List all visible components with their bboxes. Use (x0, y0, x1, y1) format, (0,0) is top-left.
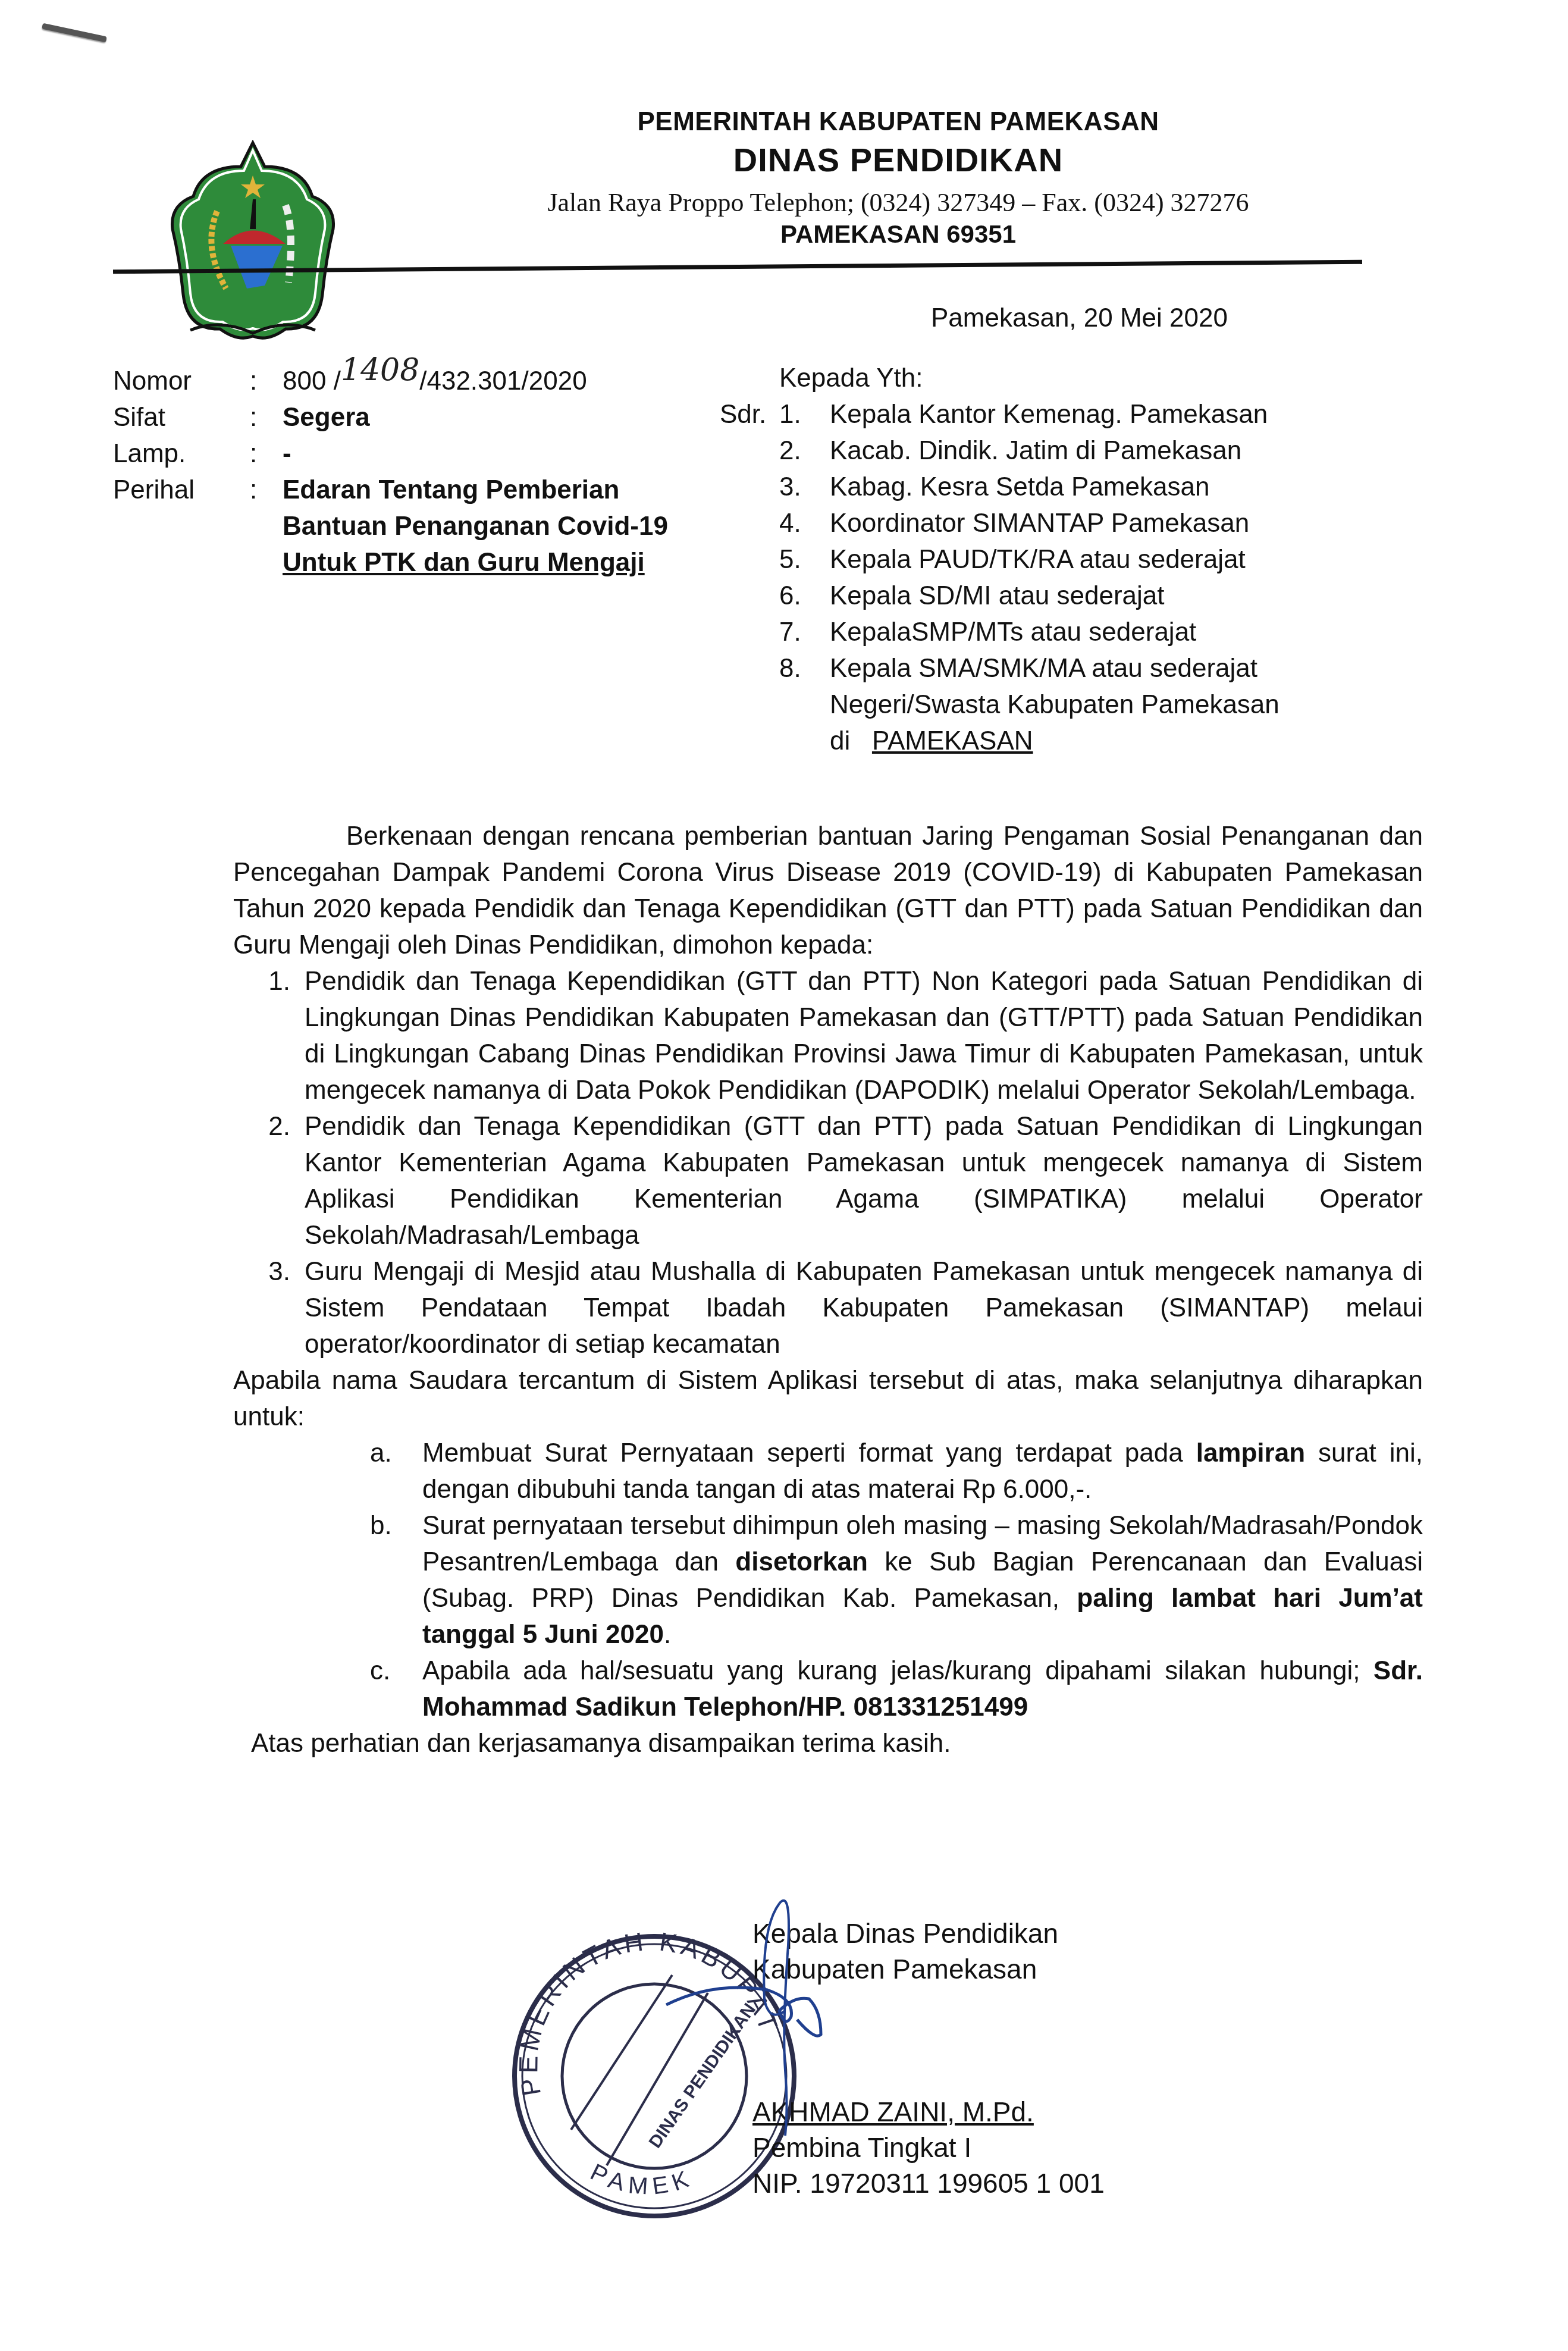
intro-paragraph: Berkenaan dengan rencana pemberian bantu… (233, 818, 1423, 963)
meta-label: Lamp. (113, 435, 250, 472)
step-letter: a. (370, 1435, 422, 1507)
nomor-handwritten: 1408 (341, 352, 419, 388)
recipient-num: 7. (779, 614, 830, 650)
nomor-prefix: 800 / (283, 363, 341, 399)
recipients: Kepada Yth: Sdr. 1. Kepala Kantor Kemena… (720, 360, 1280, 759)
recipient-item: 4.Koordinator SIMANTAP Pamekasan (720, 505, 1280, 541)
location-prefix: di (830, 726, 850, 756)
recipient-text: Kepala PAUD/TK/RA atau sederajat (830, 541, 1246, 578)
recipient-item: 7.KepalaSMP/MTs atau sederajat (720, 614, 1280, 650)
meta-lamp: Lamp. : - (113, 435, 668, 472)
pamekasan-regency-emblem-icon (167, 140, 339, 345)
meta-nomor: Nomor : 800 / 1408 /432.301/2020 (113, 363, 668, 399)
perihal-value: Edaran Tentang Pemberian Bantuan Penanga… (283, 472, 668, 581)
step-letter: b. (370, 1507, 422, 1653)
sifat-value: Segera (283, 399, 370, 435)
meta-label: Nomor (113, 363, 250, 399)
step-item: c. Apabila ada hal/sesuatu yang kurang j… (370, 1653, 1423, 1725)
letterhead: PEMERINTAH KABUPATEN PAMEKASAN DINAS PEN… (452, 107, 1344, 249)
request-item: 1.Pendidik dan Tenaga Kependidikan (GTT … (233, 963, 1423, 1108)
recipient-text: Kepala SD/MI atau sederajat (830, 578, 1165, 614)
meta-colon: : (250, 399, 283, 435)
recipient-item: 6.Kepala SD/MI atau sederajat (720, 578, 1280, 614)
step-text: Apabila ada hal/sesuatu yang kurang jela… (422, 1653, 1423, 1725)
recipient-num: 2. (779, 432, 830, 469)
nomor-suffix: /432.301/2020 (419, 363, 587, 399)
recipient-prefix: Sdr. (720, 396, 779, 432)
meta-label: Perihal (113, 472, 250, 581)
item-text: Pendidik dan Tenaga Kependidikan (GTT da… (305, 963, 1423, 1108)
step-text: Membuat Surat Pernyataan seperti format … (422, 1435, 1423, 1507)
request-item: 2.Pendidik dan Tenaga Kependidikan (GTT … (233, 1108, 1423, 1253)
recipient-item: 2.Kacab. Dindik. Jatim di Pamekasan (720, 432, 1280, 469)
item-num: 3. (233, 1253, 305, 1362)
step-item: b. Surat pernyataan tersebut dihimpun ol… (370, 1507, 1423, 1653)
recipient-text: KepalaSMP/MTs atau sederajat (830, 614, 1196, 650)
recipient-text: Koordinator SIMANTAP Pamekasan (830, 505, 1249, 541)
handwritten-signature-icon (642, 1892, 892, 2148)
recipient-text: Kepala Kantor Kemenag. Pamekasan (830, 396, 1268, 432)
recipient-item: 3.Kabag. Kesra Setda Pamekasan (720, 469, 1280, 505)
letterhead-address: Jalan Raya Proppo Telephon; (0324) 32734… (452, 187, 1344, 218)
recipient-num: 1. (779, 396, 830, 432)
step-item: a. Membuat Surat Pernyataan seperti form… (370, 1435, 1423, 1507)
perihal-line: Edaran Tentang Pemberian (283, 472, 668, 508)
recipient-continuation: Negeri/Swasta Kabupaten Pamekasan (720, 687, 1280, 723)
letterhead-city-postcode: PAMEKASAN 69351 (452, 220, 1344, 249)
step-letter: c. (370, 1653, 422, 1725)
item-num: 1. (233, 963, 305, 1108)
letter-meta: Nomor : 800 / 1408 /432.301/2020 Sifat :… (113, 363, 668, 581)
followup-paragraph: Apabila nama Saudara tercantum di Sistem… (233, 1362, 1423, 1435)
meta-label: Sifat (113, 399, 250, 435)
meta-colon: : (250, 472, 283, 581)
request-item: 3.Guru Mengaji di Mesjid atau Mushalla d… (233, 1253, 1423, 1362)
letterhead-agency: DINAS PENDIDIKAN (452, 140, 1344, 179)
recipient-num: 4. (779, 505, 830, 541)
lamp-value: - (283, 435, 291, 472)
letter-body: Berkenaan dengan rencana pemberian bantu… (233, 818, 1423, 1761)
recipient-text: Kabag. Kesra Setda Pamekasan (830, 469, 1209, 505)
recipient-text: Kepala SMA/SMK/MA atau sederajat (830, 650, 1257, 687)
perihal-line: Untuk PTK dan Guru Mengaji (283, 544, 668, 581)
letter-date: Pamekasan, 20 Mei 2020 (931, 303, 1228, 333)
staple-mark (42, 23, 107, 43)
signer-nip: NIP. 19720311 199605 1 001 (752, 2165, 1105, 2201)
recipient-num: 8. (779, 650, 830, 687)
meta-colon: : (250, 363, 283, 399)
location-name: PAMEKASAN (872, 726, 1033, 756)
perihal-line: Bantuan Penanganan Covid-19 (283, 508, 668, 544)
meta-sifat: Sifat : Segera (113, 399, 668, 435)
recipient-num: 6. (779, 578, 830, 614)
item-text: Pendidik dan Tenaga Kependidikan (GTT da… (305, 1108, 1423, 1253)
request-list: 1.Pendidik dan Tenaga Kependidikan (GTT … (233, 963, 1423, 1362)
recipient-num: 3. (779, 469, 830, 505)
recipient-location: di PAMEKASAN (720, 723, 1280, 759)
step-text: Surat pernyataan tersebut dihimpun oleh … (422, 1507, 1423, 1653)
meta-colon: : (250, 435, 283, 472)
item-num: 2. (233, 1108, 305, 1253)
recipients-heading: Kepada Yth: (720, 360, 1280, 396)
recipient-item: 8.Kepala SMA/SMK/MA atau sederajat (720, 650, 1280, 687)
letterhead-government: PEMERINTAH KABUPATEN PAMEKASAN (452, 107, 1344, 137)
steps-list: a. Membuat Surat Pernyataan seperti form… (233, 1435, 1423, 1725)
recipient-num: 5. (779, 541, 830, 578)
recipient-item: 5.Kepala PAUD/TK/RA atau sederajat (720, 541, 1280, 578)
meta-perihal: Perihal : Edaran Tentang Pemberian Bantu… (113, 472, 668, 581)
item-text: Guru Mengaji di Mesjid atau Mushalla di … (305, 1253, 1423, 1362)
recipient-text: Kacab. Dindik. Jatim di Pamekasan (830, 432, 1241, 469)
closing-sentence: Atas perhatian dan kerjasamanya disampai… (233, 1725, 1423, 1761)
recipient-item: Sdr. 1. Kepala Kantor Kemenag. Pamekasan (720, 396, 1280, 432)
